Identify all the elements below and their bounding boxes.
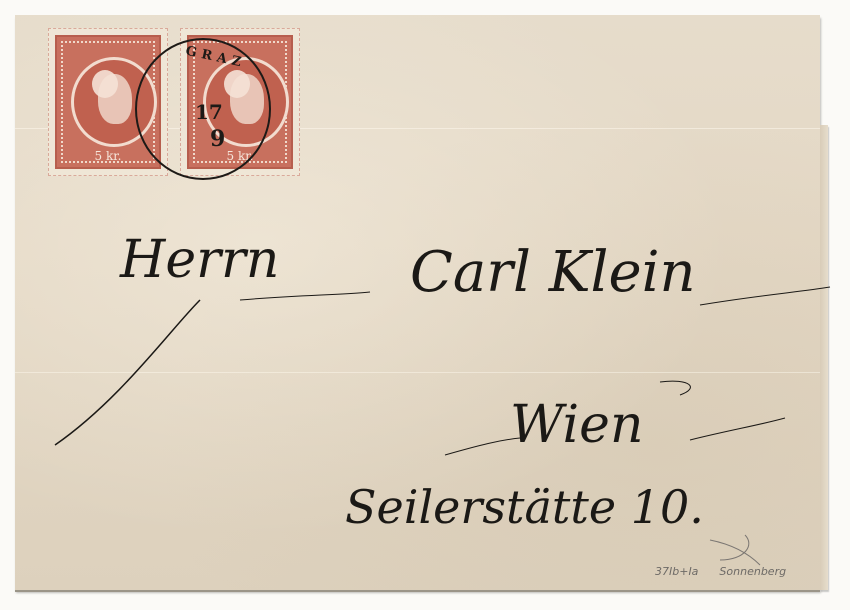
postmark-day: 17 (195, 100, 223, 124)
address-name: Carl Klein (410, 240, 696, 305)
expert-signature: Sonnenberg (719, 565, 786, 578)
laurel-wreath-icon (92, 70, 118, 98)
catalog-number: 37Ib+Ia (655, 565, 698, 578)
postmark-month: 9 (210, 126, 225, 152)
address-salutation: Herrn (120, 230, 279, 290)
pencil-note: 37Ib+Ia Sonnenberg (655, 565, 786, 578)
address-street: Seilerstätte 10. (345, 480, 704, 534)
stamp-value: 5 kr. (57, 149, 159, 163)
cover-flap-edge (820, 125, 828, 590)
fold-line (15, 372, 820, 373)
address-city: Wien (510, 395, 643, 455)
